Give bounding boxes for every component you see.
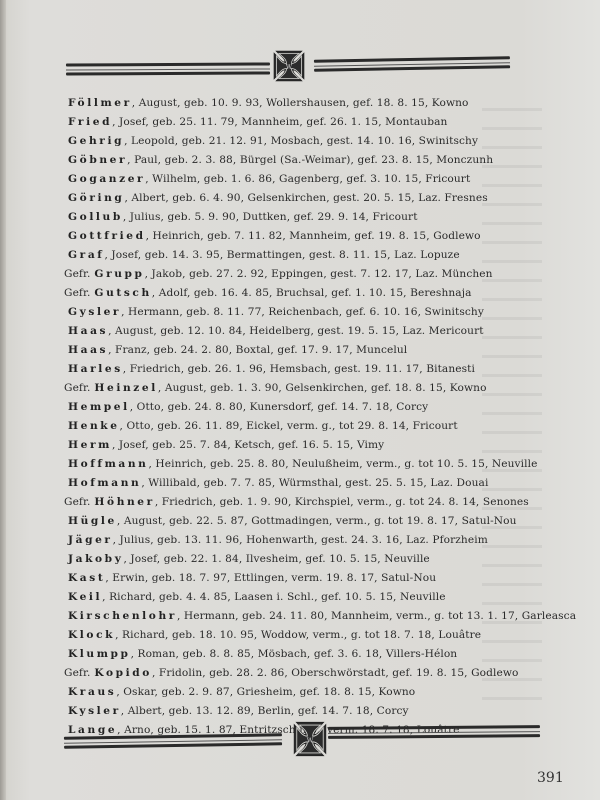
list-item: Harles, Friedrich, geb. 26. 1. 96, Hemsb… — [64, 360, 544, 379]
list-item: Hempel, Otto, geb. 24. 8. 80, Kunersdorf… — [64, 398, 544, 417]
list-item: Klumpp, Roman, geb. 8. 8. 85, Mösbach, g… — [64, 645, 544, 664]
list-item: Klock, Richard, geb. 18. 10. 95, Woddow,… — [64, 626, 544, 645]
list-item: Kraus, Oskar, geb. 2. 9. 87, Griesheim, … — [64, 683, 544, 702]
list-item: Graf, Josef, geb. 14. 3. 95, Bermattinge… — [64, 246, 544, 265]
list-item: Jakoby, Josef, geb. 22. 1. 84, Ilvesheim… — [64, 550, 544, 569]
list-item: Fried, Josef, geb. 25. 11. 79, Mannheim,… — [64, 113, 544, 132]
iron-cross-icon: W — [272, 49, 306, 83]
list-item: Gollub, Julius, geb. 5. 9. 90, Duttken, … — [64, 208, 544, 227]
iron-cross-icon: W — [292, 720, 328, 758]
svg-text:W: W — [307, 736, 314, 744]
list-item: Hofmann, Willibald, geb. 7. 7. 85, Würms… — [64, 474, 544, 493]
list-item: Gefr.Heinzel, August, geb. 1. 3. 90, Gel… — [64, 379, 544, 398]
list-item: Gottfried, Heinrich, geb. 7. 11. 82, Man… — [64, 227, 544, 246]
list-item: Föllmer, August, geb. 10. 9. 93, Wollers… — [64, 94, 544, 113]
list-item: Herm, Josef, geb. 25. 7. 84, Ketsch, gef… — [64, 436, 544, 455]
list-item: Goganzer, Wilhelm, geb. 1. 6. 86, Gagenb… — [64, 170, 544, 189]
list-item: Göring, Albert, geb. 6. 4. 90, Gelsenkir… — [64, 189, 544, 208]
list-item: Gefr.Gutsch, Adolf, geb. 16. 4. 85, Bruc… — [64, 284, 544, 303]
list-item: Keil, Richard, geb. 4. 4. 85, Laasen i. … — [64, 588, 544, 607]
list-item: Haas, Franz, geb. 24. 2. 80, Boxtal, gef… — [64, 341, 544, 360]
list-item: Gefr.Kopido, Fridolin, geb. 28. 2. 86, O… — [64, 664, 544, 683]
binding-shadow — [0, 0, 6, 800]
top-rule-left — [66, 62, 270, 75]
bottom-rule-left — [64, 733, 282, 748]
list-item: Hoffmann, Heinrich, geb. 25. 8. 80, Neul… — [64, 455, 544, 474]
list-item: Kirschenlohr, Hermann, geb. 24. 11. 80, … — [64, 607, 544, 626]
list-item: Hügle, August, geb. 22. 5. 87, Gottmadin… — [64, 512, 544, 531]
list-item: Göbner, Paul, geb. 2. 3. 88, Bürgel (Sa.… — [64, 151, 544, 170]
memorial-list: Föllmer, August, geb. 10. 9. 93, Wollers… — [64, 94, 544, 740]
list-item: Gysler, Hermann, geb. 8. 11. 77, Reichen… — [64, 303, 544, 322]
list-item: Gefr.Höhner, Friedrich, geb. 1. 9. 90, K… — [64, 493, 544, 512]
top-rule-right — [314, 56, 510, 71]
list-item: Gefr.Grupp, Jakob, geb. 27. 2. 92, Eppin… — [64, 265, 544, 284]
svg-text:W: W — [286, 64, 293, 71]
list-item: Kast, Erwin, geb. 18. 7. 97, Ettlingen, … — [64, 569, 544, 588]
page-number: 391 — [537, 770, 564, 786]
list-item: Jäger, Julius, geb. 13. 11. 96, Hohenwar… — [64, 531, 544, 550]
list-item: Kysler, Albert, geb. 13. 12. 89, Berlin,… — [64, 702, 544, 721]
list-item: Gehrig, Leopold, geb. 21. 12. 91, Mosbac… — [64, 132, 544, 151]
bottom-rule-right — [328, 725, 540, 739]
book-page: W Föllmer, August, geb. 10. 9. 93, Wolle… — [0, 0, 600, 800]
list-item: Henke, Otto, geb. 26. 11. 89, Eickel, ve… — [64, 417, 544, 436]
list-item: Haas, August, geb. 12. 10. 84, Heidelber… — [64, 322, 544, 341]
